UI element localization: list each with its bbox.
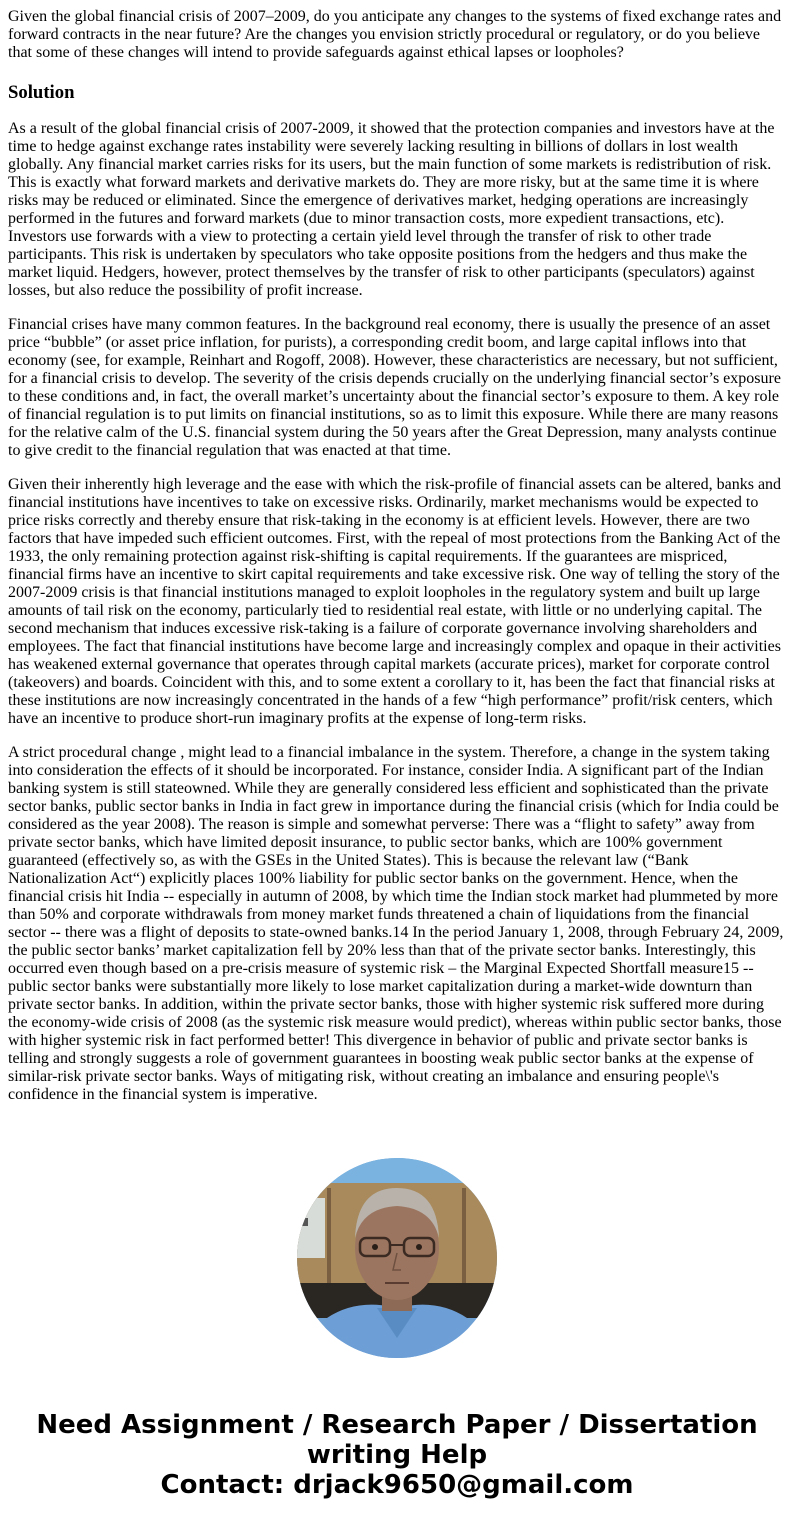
author-photo-container [0, 1158, 794, 1358]
solution-paragraph-3: Given their inherently high leverage and… [8, 476, 786, 728]
author-photo [297, 1158, 497, 1358]
solution-paragraph-1: As a result of the global financial cris… [8, 120, 786, 300]
document-body: Given the global financial crisis of 200… [0, 0, 794, 1104]
cta-line-1: Need Assignment / Research Paper / Disse… [20, 1410, 774, 1440]
cta-line-2: writing Help [20, 1440, 774, 1470]
solution-paragraph-4: A strict procedural change , might lead … [8, 744, 786, 1104]
cta-contact-email: Contact: drjack9650@gmail.com [20, 1470, 774, 1500]
portrait-illustration [297, 1158, 497, 1358]
solution-heading: Solution [8, 82, 786, 104]
solution-paragraph-2: Financial crises have many common featur… [8, 316, 786, 460]
question-text: Given the global financial crisis of 200… [8, 8, 786, 62]
contact-banner: Need Assignment / Research Paper / Disse… [0, 1410, 794, 1500]
